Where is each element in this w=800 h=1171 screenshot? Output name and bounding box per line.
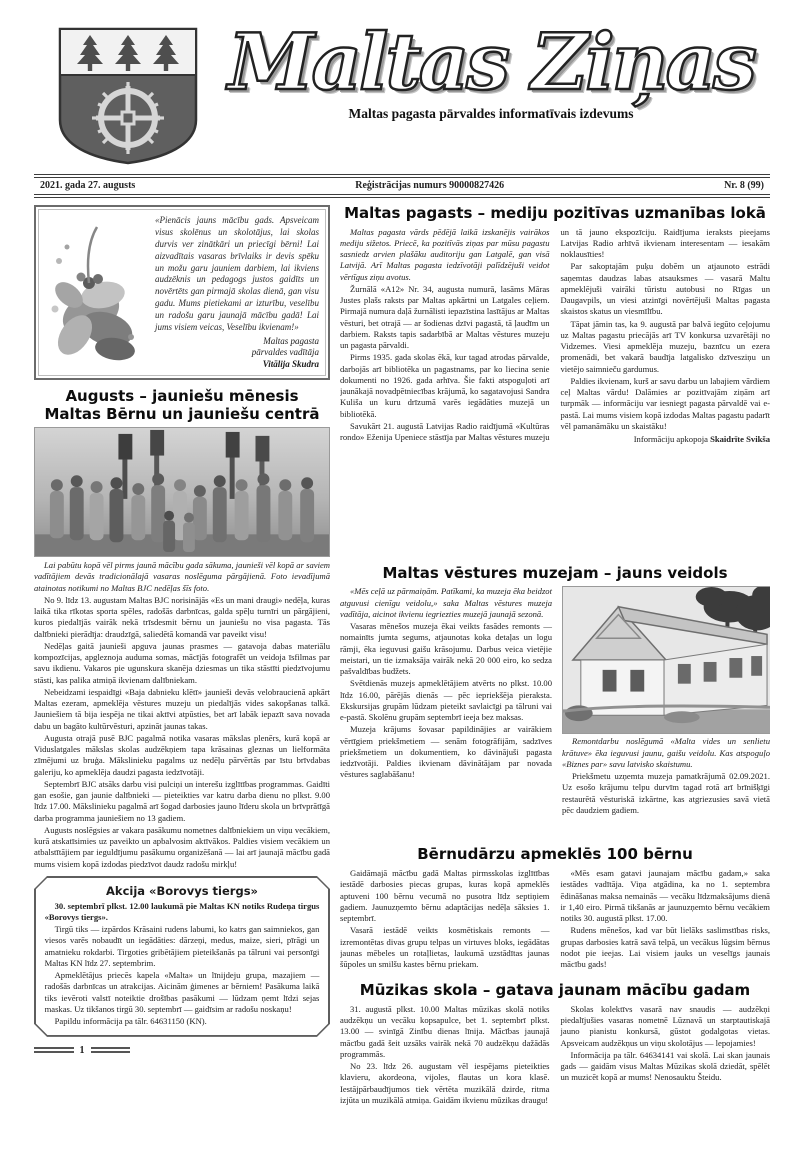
headline-line: Maltas Bērnu un jauniešu centrā xyxy=(45,405,320,423)
photo-caption: Lai pabūtu kopā vēl pirms jaunā mācību g… xyxy=(34,560,330,594)
paragraph: Par sakoptajām puķu dobēm un atjaunoto e… xyxy=(561,261,771,317)
paragraph: 31. augustā plkst. 10.00 Maltas mūzikas … xyxy=(340,1004,550,1060)
museum-article-col1: «Mēs ceļā uz pārmaiņām. Patīkami, ka muz… xyxy=(340,586,552,838)
paragraph: Rudens mēnešos, kad var būt lielāks sasl… xyxy=(561,925,771,970)
paragraph: Papildu informācija pa tālr. 64631150 (K… xyxy=(45,1016,320,1027)
market-box-lead: 30. septembrī plkst. 12.00 laukumā pie M… xyxy=(45,901,320,924)
media-article-lead: Maltas pagasta vārds pēdējā laikā izskan… xyxy=(340,227,550,283)
page-number: 1 xyxy=(74,1045,91,1056)
left-article-body: No 9. līdz 13. augustam Maltas BJC noris… xyxy=(34,595,330,870)
paragraph: Informācija pa tālr. 64634141 vai skolā.… xyxy=(561,1050,771,1084)
issue-number: Nr. 8 (99) xyxy=(724,180,764,191)
paragraph: Svētdienās muzejs apmeklētājiem atvērts … xyxy=(340,678,552,723)
title-block: Maltas Ziņas Maltas pagasta pārvaldes in… xyxy=(212,22,770,122)
paragraph: Žurnālā «A12» Nr. 34, augusta numurā, la… xyxy=(340,284,550,352)
media-article-credit: Informāciju apkopoja Skaidrīte Svikša xyxy=(561,434,771,445)
footer-rule xyxy=(34,1047,74,1053)
credit-name: Skaidrīte Svikša xyxy=(710,434,770,444)
paragraph: Augusta otrajā pusē BJC pagalmā notika v… xyxy=(34,733,330,778)
right-column: Maltas pagasts – mediju pozitīvas uzmanī… xyxy=(340,205,770,1122)
museum-col1-paragraphs: Vasaras mēnešos muzeja ēkai veikts fasād… xyxy=(340,621,552,781)
music-school-article-headline: Mūzikas skola – gatava jaunam mācību gad… xyxy=(340,982,770,1000)
newspaper-page: Maltas Ziņas Maltas pagasta pārvaldes in… xyxy=(0,0,800,1171)
media-article-headline: Maltas pagasts – mediju pozitīvas uzmanī… xyxy=(340,205,770,223)
masthead: Maltas Ziņas Maltas pagasta pārvaldes in… xyxy=(34,22,770,168)
issue-infobar: 2021. gada 27. augusts Reģistrācijas num… xyxy=(34,174,770,198)
issue-date: 2021. gada 27. augusts xyxy=(40,180,135,191)
music-school-paragraphs: 31. augustā plkst. 10.00 Maltas mūzikas … xyxy=(340,1004,770,1106)
paragraph: Priekšmetu uzņemta muzeja pamatkrājumā 0… xyxy=(562,771,770,816)
greeting-box: «Pienācis jauns mācību gads. Apsveicam v… xyxy=(34,205,330,380)
autumn-leaf-illustration-icon xyxy=(45,217,149,365)
headline-line: Augusts – jauniešu mēnesis xyxy=(65,387,298,405)
museum-col2-paragraphs: Priekšmetu uzņemta muzeja pamatkrājumā 0… xyxy=(562,771,770,816)
youth-group-photo xyxy=(34,427,330,557)
kindergarten-paragraphs: Gaidāmajā mācību gadā Maltas pirmsskolas… xyxy=(340,868,770,971)
paragraph: Tirgū tiks — izpārdos Krāsaini rudens la… xyxy=(45,924,320,969)
paragraph: Nedēļas gaitā jaunieši apguva jaunas pra… xyxy=(34,641,330,686)
paper-subtitle: Maltas pagasta pārvaldes informatīvais i… xyxy=(212,106,770,122)
paragraph: Apmeklētājus priecēs kapela «Malta» un l… xyxy=(45,970,320,1015)
paragraph: «Mēs esam gatavi jaunajam mācību gadam,»… xyxy=(561,868,771,924)
footer-rule xyxy=(91,1047,131,1053)
museum-article-body: «Mēs ceļā uz pārmaiņām. Patīkami, ka muz… xyxy=(340,586,770,838)
paragraph: Gaidāmajā mācību gadā Maltas pirmsskolas… xyxy=(340,868,550,924)
media-article-body: Maltas pagasta vārds pēdējā laikā izskan… xyxy=(340,227,770,557)
paper-title: Maltas Ziņas xyxy=(212,22,770,104)
market-box-title: Akcija «Borovys tiergs» xyxy=(45,884,320,898)
paragraph: Paldies ikvienam, kurš ar savu darbu un … xyxy=(561,376,771,432)
registration-number: Reģistrācijas numurs 90000827426 xyxy=(355,180,504,191)
credit-prefix: Informāciju apkopoja xyxy=(634,434,708,444)
paragraph: Skolas kolektīvs vasarā nav snaudis — au… xyxy=(561,1004,771,1049)
kindergarten-article-headline: Bērnudārzu apmeklēs 100 bērnu xyxy=(340,846,770,864)
museum-building-photo xyxy=(562,586,770,734)
page-footer: 1 xyxy=(34,1045,130,1056)
museum-article-headline: Maltas vēstures muzejam – jauns veidols xyxy=(340,565,770,583)
market-box-body: Tirgū tiks — izpārdos Krāsaini rudens la… xyxy=(45,924,320,1027)
museum-article-lead: «Mēs ceļā uz pārmaiņām. Patīkami, ka muz… xyxy=(340,586,552,620)
main-content: «Pienācis jauns mācību gads. Apsveicam v… xyxy=(34,205,770,1122)
paragraph: Vasarā iestādē veikts kosmētiskais remon… xyxy=(340,925,550,970)
paragraph: Septembrī BJC atsāks darbu visi pulciņi … xyxy=(34,779,330,824)
paragraph: Vasaras mēnešos muzeja ēkai veikts fasād… xyxy=(340,621,552,677)
paragraph: No 23. līdz 26. augustam vēl iespējams p… xyxy=(340,1061,550,1106)
museum-photo-caption: Remontdarbu noslēgumā «Malta vides un se… xyxy=(562,736,770,770)
left-article-headline: Augusts – jauniešu mēnesis Maltas Bērnu … xyxy=(34,388,330,423)
left-column: «Pienācis jauns mācību gads. Apsveicam v… xyxy=(34,205,330,1122)
paragraph: Pirms 1935. gada skolas ēkā, kur tagad a… xyxy=(340,352,550,420)
music-school-article-body: 31. augustā plkst. 10.00 Maltas mūzikas … xyxy=(340,1004,770,1122)
paragraph: Augusts noslēgsies ar vakara pasākumu no… xyxy=(34,825,330,870)
malta-coat-of-arms-icon xyxy=(52,24,204,166)
paragraph: Muzeja krājums šovasar papildinājies ar … xyxy=(340,724,552,780)
paragraph: No 9. līdz 13. augustam Maltas BJC noris… xyxy=(34,595,330,640)
market-announcement-box: Akcija «Borovys tiergs» 30. septembrī pl… xyxy=(34,876,330,1037)
museum-article-col2: Remontdarbu noslēgumā «Malta vides un se… xyxy=(562,586,770,838)
paragraph: Nebeidzami iespaidīgi «Baja dabnieku klē… xyxy=(34,687,330,732)
kindergarten-article-body: Gaidāmajā mācību gadā Maltas pirmsskolas… xyxy=(340,868,770,974)
market-box-inner: Akcija «Borovys tiergs» 30. septembrī pl… xyxy=(36,878,329,1036)
paragraph: Tāpat jāmin tas, ka 9. augustā par balvā… xyxy=(561,319,771,375)
